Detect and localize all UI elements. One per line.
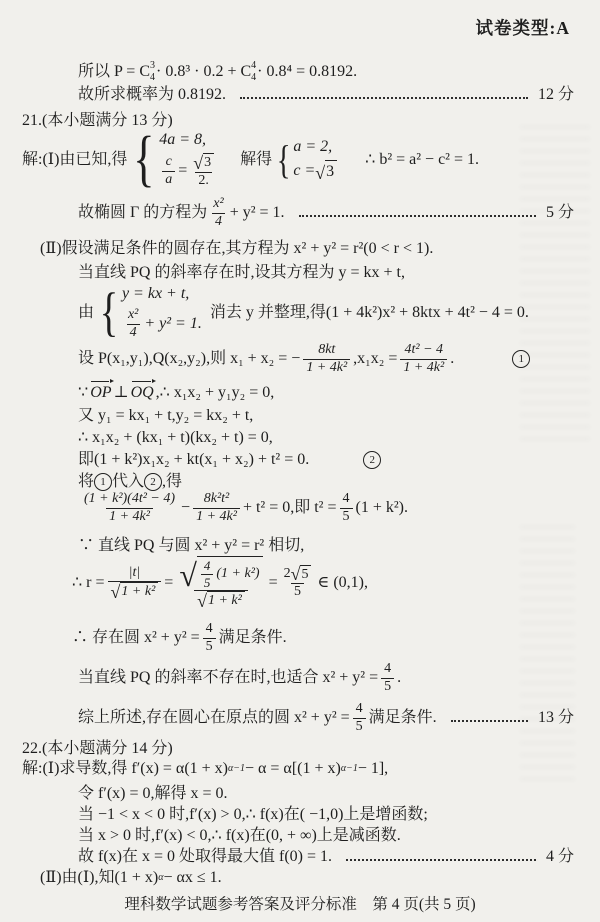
line-text: 解:(Ⅰ)求导数,得 f′(x) = α(1 + x) bbox=[22, 759, 228, 779]
line-maximum-value: 故 f(x)在 x = 0 处取得最大值 f(0) = 1. 4 分 bbox=[78, 847, 574, 867]
line-perpendicular-vectors: ∵ OP ⊥ OQ ,∴ x₁x₂ + y₁y₂ = 0, bbox=[78, 383, 274, 403]
exponent: α−1 bbox=[228, 763, 245, 776]
denominator: 4 bbox=[127, 324, 140, 342]
math-text: ∈ (0,1), bbox=[317, 573, 368, 593]
math-text: . bbox=[450, 349, 454, 369]
math-text: ,x₁x₂ = bbox=[353, 349, 397, 369]
vector-oq: OQ bbox=[131, 383, 154, 403]
denominator: 5 bbox=[201, 574, 214, 591]
math-text: · 0.8³ · 0.2 + C bbox=[156, 62, 251, 82]
superscript: 3 bbox=[150, 60, 155, 72]
superscript: 4 bbox=[251, 60, 256, 72]
line-circle-exists: ∴ 存在圆 x² + y² = 4 5 满足条件. bbox=[72, 621, 287, 656]
equation-system: 4a = 8, c a = 3 2. bbox=[159, 130, 220, 190]
combination-superscript-subscript: 3 4 bbox=[150, 60, 155, 83]
line-text: (Ⅱ)由(Ⅰ),知(1 + x) bbox=[40, 868, 158, 888]
fraction: x² 4 bbox=[210, 196, 226, 231]
line-text: ∴ b² = a² − c² = 1. bbox=[365, 150, 479, 170]
fraction: 4 5 bbox=[353, 701, 366, 736]
fraction: 45(1 + k²) 1 + k² bbox=[176, 556, 265, 610]
radical-icon bbox=[315, 165, 325, 182]
combination-superscript-subscript: 4 4 bbox=[251, 60, 256, 83]
subscript: 4 bbox=[251, 72, 256, 84]
line-text: 代入 bbox=[112, 472, 144, 492]
math-text: ∵ bbox=[78, 383, 88, 403]
system-line: x² 4 + y² = 1. bbox=[122, 307, 202, 342]
line-text: 令 f′(x) = 0,解得 x = 0. bbox=[78, 784, 228, 804]
math-text: 2 bbox=[284, 566, 291, 583]
denominator: 5 bbox=[340, 508, 353, 526]
denominator: 5 bbox=[353, 718, 366, 736]
denominator: 5 bbox=[203, 638, 216, 656]
line-tangent-condition: ∵ 直线 PQ 与圆 x² + y² = r² 相切, bbox=[78, 536, 304, 556]
page-footer: 理科数学试题参考答案及评分标准 第 4 页(共 5 页) bbox=[0, 895, 600, 914]
radicand: 1 + k² bbox=[120, 582, 158, 601]
line-text: ,得 bbox=[162, 472, 182, 492]
system-line: c a = 3 2. bbox=[159, 153, 220, 190]
denominator: 1 + 4k² bbox=[106, 508, 153, 526]
subscript: 4 bbox=[150, 72, 155, 84]
paper-type-label: 试卷类型:A bbox=[476, 18, 570, 40]
radical-icon bbox=[291, 566, 301, 583]
math-text: + y² = 1. bbox=[144, 314, 202, 334]
radicand: 45(1 + k²) bbox=[197, 556, 263, 590]
line-text: 解得 bbox=[240, 150, 272, 170]
denominator: 2. bbox=[195, 172, 212, 190]
left-brace-icon bbox=[134, 133, 155, 186]
math-text: = bbox=[178, 161, 187, 181]
exponent: α−1 bbox=[341, 763, 358, 776]
line-part2-assume: (Ⅱ)假设满足条件的圆存在,其方程为 x² + y² = r²(0 < r < … bbox=[40, 239, 433, 259]
math-text: = bbox=[164, 573, 173, 593]
line-q21-conclusion: 综上所述,存在圆心在原点的圆 x² + y² = 4 5 满足条件. 13 分 bbox=[78, 701, 574, 736]
circled-number-1: 1 bbox=[512, 350, 530, 368]
line-text: 解:(Ⅰ)由已知,得 bbox=[22, 150, 127, 170]
math-text: − 1], bbox=[358, 759, 388, 779]
line-ellipse-equation: 故椭圆 Γ 的方程为 x² 4 + y² = 1. 5 分 bbox=[78, 196, 574, 231]
math-text: − αx ≤ 1. bbox=[163, 868, 221, 888]
radicand: 5 bbox=[300, 565, 311, 584]
line-text: 设 P(x₁,y₁),Q(x₂,y₂),则 x₁ + x₂ = − bbox=[78, 349, 300, 369]
fraction: 8k²t² 1 + 4k² bbox=[193, 491, 240, 526]
line-text: 由 bbox=[78, 303, 94, 323]
denominator: a bbox=[162, 171, 175, 189]
line-substitute-system: 由 y = kx + t, x² 4 + y² = 1. 消去 y 并整理,得(… bbox=[78, 284, 529, 342]
line-increasing-interval: 当 −1 < x < 0 时,f′(x) > 0,∴ f(x)在( −1,0)上… bbox=[78, 805, 428, 825]
numerator: 2 5 bbox=[281, 565, 315, 584]
math-text: = bbox=[269, 573, 278, 593]
line-q21-known-system: 解:(Ⅰ)由已知,得 4a = 8, c a = 3 2. 解得 a = bbox=[22, 130, 479, 190]
score-label: 4 分 bbox=[546, 847, 574, 867]
perpendicular-symbol: ⊥ bbox=[114, 383, 129, 403]
equation-system: a = 2, c = 3 bbox=[293, 137, 337, 182]
system-line: y = kx + t, bbox=[122, 284, 189, 304]
numerator: |t| bbox=[126, 565, 144, 582]
fraction: |t| 1 + k² bbox=[108, 565, 162, 602]
line-text: 综上所述,存在圆心在原点的圆 x² + y² = bbox=[78, 708, 350, 728]
line-text: 故所求概率为 0.8192. bbox=[78, 85, 226, 105]
footer-text: 理科数学试题参考答案及评分标准 第 4 页(共 5 页) bbox=[124, 895, 475, 914]
numerator: 3 bbox=[190, 153, 217, 172]
square-root: 1 + k² bbox=[111, 582, 159, 601]
denominator: 1 + k² bbox=[108, 581, 162, 601]
square-root: 1 + k² bbox=[197, 591, 245, 610]
numerator: (1 + k²)(4t² − 4) bbox=[81, 491, 178, 508]
line-expanded-product: ∴ x₁x₂ + (kx₁ + t)(kx₂ + t) = 0, bbox=[78, 428, 273, 448]
line-text: 满足条件. bbox=[369, 708, 437, 728]
score-label: 12 分 bbox=[538, 85, 574, 105]
numerator: 4 bbox=[381, 661, 394, 678]
numerator: x² bbox=[125, 307, 141, 324]
question-22-header: 22.(本小题满分 14 分) bbox=[22, 739, 173, 759]
circled-number-2: 2 bbox=[363, 451, 381, 469]
radical-icon bbox=[197, 593, 207, 610]
left-brace-icon bbox=[100, 290, 119, 336]
circled-number-1: 1 bbox=[94, 473, 112, 491]
denominator: 1 + 4k² bbox=[193, 508, 240, 526]
radical-icon bbox=[179, 560, 197, 590]
line-text: 当直线 PQ 的斜率存在时,设其方程为 y = kx + t, bbox=[78, 263, 405, 283]
dot-leader bbox=[299, 215, 536, 217]
math-text: ,∴ x₁x₂ + y₁y₂ = 0, bbox=[156, 383, 275, 403]
math-text: + t² = 0,即 t² = bbox=[243, 498, 337, 518]
math-text: (1 + k²) bbox=[216, 566, 259, 583]
line-text: 故 f(x)在 x = 0 处取得最大值 f(0) = 1. bbox=[78, 847, 332, 867]
math-text: (1 + k²). bbox=[356, 498, 408, 518]
fraction: 2 5 5 bbox=[281, 565, 315, 602]
line-part2-inequality: (Ⅱ)由(Ⅰ),知(1 + x)α − αx ≤ 1. bbox=[40, 868, 222, 888]
math-text: c = bbox=[293, 161, 315, 181]
line-probability-conclusion: 故所求概率为 0.8192. 12 分 bbox=[78, 85, 574, 105]
line-text: 故椭圆 Γ 的方程为 bbox=[78, 203, 207, 223]
left-brace-icon bbox=[277, 143, 291, 177]
math-text: + y² = 1. bbox=[230, 203, 285, 223]
line-text: ∴ x₁x₂ + (kx₁ + t)(kx₂ + t) = 0, bbox=[78, 428, 273, 448]
numerator: 8k²t² bbox=[201, 491, 233, 508]
line-text: 即(1 + k²)x₁x₂ + kt(x₁ + x₂) + t² = 0. bbox=[78, 450, 309, 470]
radicand: 1 + k² bbox=[207, 591, 245, 610]
line-vieta-roots: 设 P(x₁,y₁),Q(x₂,y₂),则 x₁ + x₂ = − 8kt 1 … bbox=[78, 342, 530, 377]
line-text: ∴ r = bbox=[72, 573, 105, 593]
dot-leader bbox=[451, 720, 528, 722]
line-text: 当 −1 < x < 0 时,f′(x) > 0,∴ f(x)在( −1,0)上… bbox=[78, 805, 428, 825]
line-text: ∵ 直线 PQ 与圆 x² + y² = r² 相切, bbox=[78, 536, 304, 556]
fraction: 4 5 bbox=[340, 491, 353, 526]
line-text: 当 x > 0 时,f′(x) < 0,∴ f(x)在(0, + ∞)上是减函数… bbox=[78, 826, 401, 846]
numerator: c bbox=[163, 154, 175, 171]
numerator: 45(1 + k²) bbox=[176, 556, 265, 590]
system-line: 4a = 8, bbox=[159, 130, 206, 150]
numerator: 4 bbox=[353, 701, 366, 718]
line-probability-formula: 所以 P = C 3 4 · 0.8³ · 0.2 + C 4 4 · 0.8⁴… bbox=[78, 60, 357, 83]
denominator: 4 bbox=[212, 213, 225, 231]
fraction: 4t² − 4 1 + 4k² bbox=[400, 342, 447, 377]
radical-icon bbox=[111, 584, 121, 601]
numerator: 8kt bbox=[315, 342, 338, 359]
fraction: c a bbox=[162, 154, 175, 189]
line-radius-computation: ∴ r = |t| 1 + k² = 45(1 + k²) 1 + k² = 2… bbox=[72, 556, 368, 610]
math-text: 所以 P = C bbox=[78, 62, 150, 82]
paper-type-text: 试卷类型:A bbox=[476, 18, 570, 40]
bleed-through-artifact bbox=[520, 120, 590, 440]
fraction: x² 4 bbox=[125, 307, 141, 342]
line-text: (Ⅱ)假设满足条件的圆存在,其方程为 x² + y² = r²(0 < r < … bbox=[40, 239, 433, 259]
numerator: 4t² − 4 bbox=[402, 342, 447, 359]
fraction: 45 bbox=[201, 558, 214, 590]
line-y-substitution: 又 y₁ = kx₁ + t,y₂ = kx₂ + t, bbox=[78, 406, 253, 426]
line-simplified-equation: 即(1 + k²)x₁x₂ + kt(x₁ + x₂) + t² = 0. 2 bbox=[78, 450, 381, 470]
radicand: 3 bbox=[203, 153, 214, 172]
line-text: 消去 y 并整理,得(1 + 4k²)x² + 8ktx + 4t² − 4 =… bbox=[210, 303, 529, 323]
fraction: 8kt 1 + 4k² bbox=[303, 342, 350, 377]
line-text: 将 bbox=[78, 472, 94, 492]
math-text: · 0.8⁴ = 0.8192. bbox=[257, 62, 357, 82]
dot-leader bbox=[240, 97, 528, 99]
denominator: 1 + 4k² bbox=[400, 359, 447, 377]
system-line: a = 2, bbox=[293, 137, 332, 157]
line-slope-exists: 当直线 PQ 的斜率存在时,设其方程为 y = kx + t, bbox=[78, 263, 405, 283]
dot-leader bbox=[346, 859, 536, 861]
square-root: 45(1 + k²) bbox=[179, 556, 262, 590]
system-line: c = 3 bbox=[293, 160, 337, 182]
denominator: 5 bbox=[381, 678, 394, 696]
line-text: 又 y₁ = kx₁ + t,y₂ = kx₂ + t, bbox=[78, 406, 253, 426]
exam-answer-page: 试卷类型:A 所以 P = C 3 4 · 0.8³ · 0.2 + C 4 4… bbox=[0, 0, 600, 922]
line-text: 当直线 PQ 的斜率不存在时,也适合 x² + y² = bbox=[78, 668, 378, 688]
radical-icon bbox=[193, 155, 203, 172]
score-label: 5 分 bbox=[546, 203, 574, 223]
radicand: 3 bbox=[325, 160, 337, 182]
square-root: 3 bbox=[315, 160, 337, 182]
line-combined-fractions: (1 + k²)(4t² − 4) 1 + 4k² − 8k²t² 1 + 4k… bbox=[78, 491, 408, 526]
vector-op: OP bbox=[90, 383, 111, 403]
fraction: (1 + k²)(4t² − 4) 1 + 4k² bbox=[81, 491, 178, 526]
fraction: 4 5 bbox=[203, 621, 216, 656]
denominator: 1 + 4k² bbox=[303, 359, 350, 377]
numerator: 4 bbox=[201, 558, 214, 574]
score-label: 13 分 bbox=[538, 708, 574, 728]
numerator: x² bbox=[210, 196, 226, 213]
numerator: 4 bbox=[203, 621, 216, 638]
math-text: − α = α[(1 + x) bbox=[245, 759, 341, 779]
math-text: − bbox=[181, 498, 190, 518]
fraction: 4 5 bbox=[381, 661, 394, 696]
numerator: 4 bbox=[340, 491, 353, 508]
denominator: 5 bbox=[291, 583, 304, 601]
line-text: ∴ 存在圆 x² + y² = bbox=[72, 628, 200, 648]
square-root: 5 bbox=[291, 565, 312, 584]
line-text: . bbox=[397, 668, 401, 688]
circled-number-2: 2 bbox=[144, 473, 162, 491]
line-decreasing-interval: 当 x > 0 时,f′(x) < 0,∴ f(x)在(0, + ∞)上是减函数… bbox=[78, 826, 401, 846]
fraction: 3 2. bbox=[190, 153, 217, 190]
line-substitute-1-into-2: 将 1 代入 2 ,得 bbox=[78, 472, 182, 492]
line-text: 满足条件. bbox=[219, 628, 287, 648]
denominator: 1 + k² bbox=[194, 590, 248, 610]
line-critical-point: 令 f′(x) = 0,解得 x = 0. bbox=[78, 784, 228, 804]
line-slope-undefined-case: 当直线 PQ 的斜率不存在时,也适合 x² + y² = 4 5 . bbox=[78, 661, 401, 696]
equation-system: y = kx + t, x² 4 + y² = 1. bbox=[122, 284, 202, 342]
line-derivative: 解:(Ⅰ)求导数,得 f′(x) = α(1 + x)α−1 − α = α[(… bbox=[22, 759, 388, 779]
question-header-text: 22.(本小题满分 14 分) bbox=[22, 739, 173, 759]
square-root: 3 bbox=[193, 153, 214, 172]
bleed-through-artifact bbox=[520, 520, 575, 780]
